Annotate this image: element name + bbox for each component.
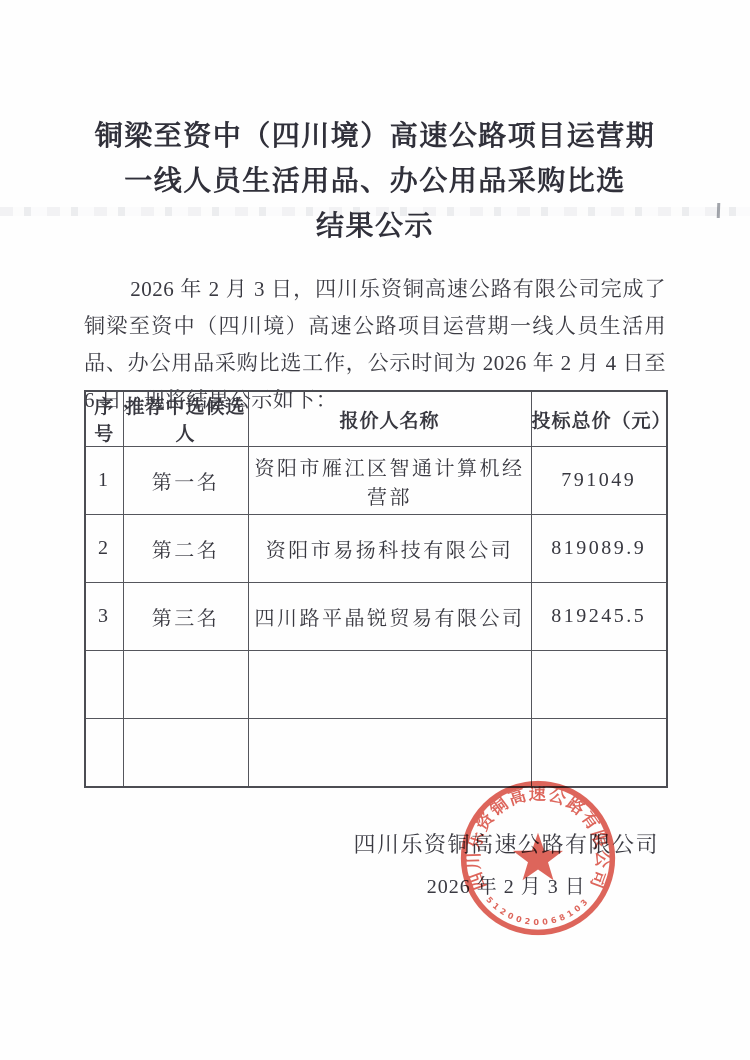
table-row-empty	[85, 719, 667, 788]
bid-results-table: 序号 推荐中选候选人 报价人名称 投标总价（元） 1 第一名 资阳市雁江区智通计…	[84, 390, 668, 788]
header-total-bid-price: 投标总价（元）	[531, 391, 667, 447]
cell-empty	[531, 651, 667, 719]
table-row: 1 第一名 资阳市雁江区智通计算机经营部 791049	[85, 447, 667, 515]
cell-rank: 第二名	[123, 515, 248, 583]
header-bidder-name: 报价人名称	[248, 391, 531, 447]
cell-serial: 3	[85, 583, 123, 651]
header-serial-number: 序号	[85, 391, 123, 447]
cell-empty	[531, 719, 667, 788]
cell-empty	[123, 651, 248, 719]
cell-bid-price: 791049	[531, 447, 667, 515]
signature-company-name: 四川乐资铜高速公路有限公司	[353, 831, 659, 859]
cell-empty	[85, 651, 123, 719]
table-row: 3 第三名 四川路平晶锐贸易有限公司 819245.5	[85, 583, 667, 651]
cell-empty	[248, 719, 531, 788]
cell-bidder-name: 资阳市易扬科技有限公司	[248, 515, 531, 583]
table-row-empty	[85, 651, 667, 719]
title-line-1: 铜梁至资中（四川境）高速公路项目运营期	[0, 114, 750, 159]
signature-date: 2026 年 2 月 3 日	[353, 874, 659, 900]
cell-rank: 第三名	[123, 583, 248, 651]
cell-serial: 2	[85, 515, 123, 583]
header-recommended-candidate: 推荐中选候选人	[123, 391, 248, 447]
title-line-3: 结果公示	[0, 204, 750, 249]
cell-bid-price: 819245.5	[531, 583, 667, 651]
table-row: 2 第二名 资阳市易扬科技有限公司 819089.9	[85, 515, 667, 583]
cell-empty	[85, 719, 123, 788]
scanned-announcement-page: 铜梁至资中（四川境）高速公路项目运营期 一线人员生活用品、办公用品采购比选 结果…	[0, 0, 750, 1060]
signature-block: 四川乐资铜高速公路有限公司 2026 年 2 月 3 日	[353, 831, 659, 900]
table-header-row: 序号 推荐中选候选人 报价人名称 投标总价（元）	[85, 391, 667, 447]
cell-empty	[248, 651, 531, 719]
title-line-2: 一线人员生活用品、办公用品采购比选	[0, 159, 750, 204]
cell-bidder-name: 资阳市雁江区智通计算机经营部	[248, 447, 531, 515]
cell-bidder-name: 四川路平晶锐贸易有限公司	[248, 583, 531, 651]
cell-rank: 第一名	[123, 447, 248, 515]
cell-bid-price: 819089.9	[531, 515, 667, 583]
page-title: 铜梁至资中（四川境）高速公路项目运营期 一线人员生活用品、办公用品采购比选 结果…	[0, 114, 750, 249]
cell-empty	[123, 719, 248, 788]
cell-serial: 1	[85, 447, 123, 515]
